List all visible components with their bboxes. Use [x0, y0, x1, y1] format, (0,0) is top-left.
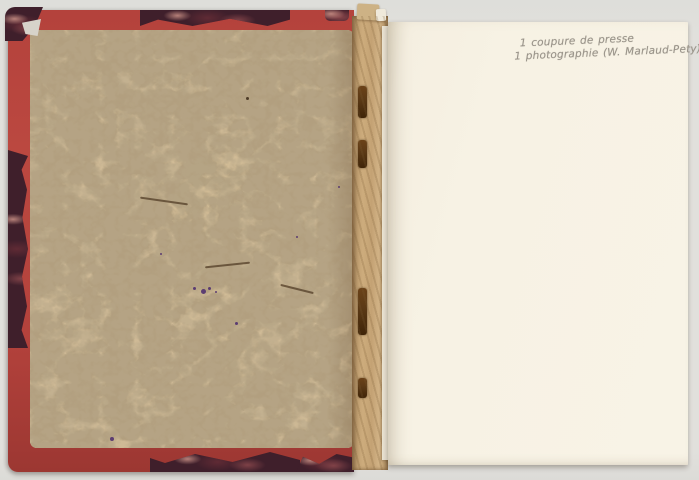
scan-background: 1 coupure de presse 1 photographie (W. M… [0, 0, 699, 480]
cover-wear-left-edge [8, 150, 28, 348]
stitch-slot [358, 140, 367, 168]
paper-tab [376, 9, 386, 21]
ink-speck [246, 97, 249, 100]
ink-speck [160, 253, 162, 255]
ink-speck [193, 287, 196, 290]
marbled-endpaper [30, 30, 354, 448]
ink-speck [338, 186, 340, 188]
flyleaf-page: 1 coupure de presse 1 photographie (W. M… [388, 22, 688, 465]
marble-texture [30, 30, 354, 448]
ink-speck [110, 437, 114, 441]
cover-wear-bottom [150, 452, 300, 472]
gutter-shading [328, 30, 354, 448]
book-inside-cover [8, 10, 354, 472]
cover-wear-top [140, 10, 290, 26]
ink-speck [296, 236, 298, 238]
handwritten-annotation: 1 coupure de presse 1 photographie (W. M… [514, 30, 691, 63]
ink-speck [201, 289, 206, 294]
ink-speck [208, 287, 211, 290]
stitch-slot [358, 288, 367, 335]
cover-wear-top-small [325, 10, 349, 21]
ink-speck [235, 322, 238, 325]
ink-speck [215, 291, 217, 293]
cover-wear-bottom-right [296, 454, 354, 472]
stitch-slot [358, 86, 367, 118]
stitch-slot [358, 378, 367, 398]
